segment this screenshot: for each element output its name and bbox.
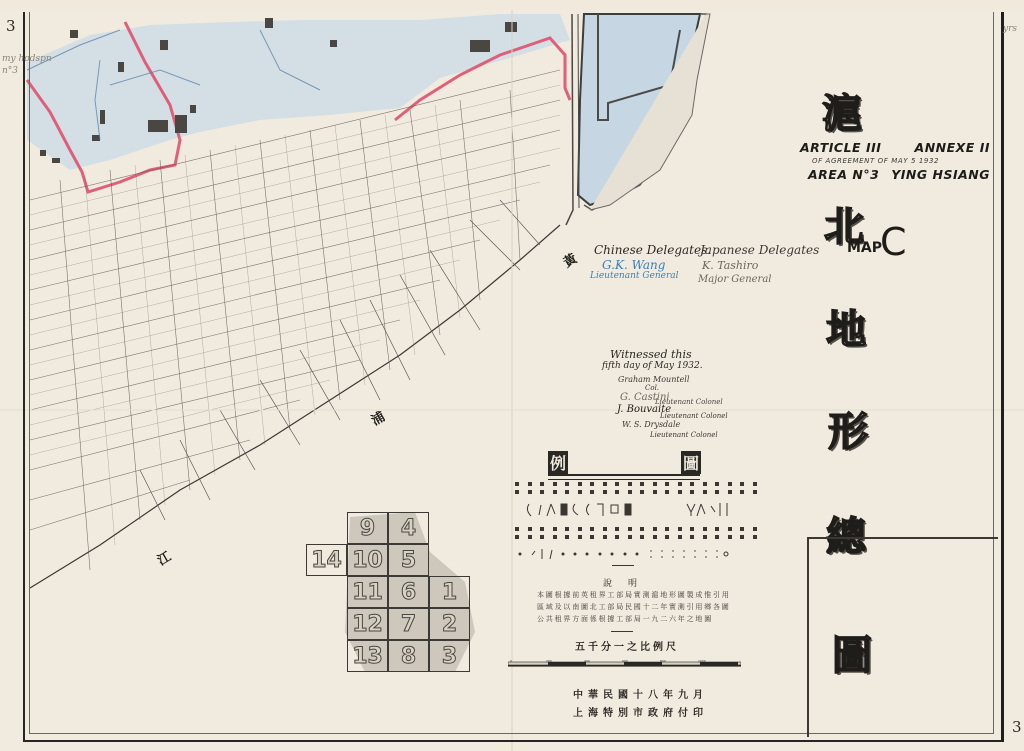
pencil-margin-note-1: my hodspn bbox=[2, 54, 52, 64]
legend-symbols-row-1 bbox=[515, 500, 730, 518]
index-sheet-4[interactable]: 4 bbox=[388, 512, 429, 544]
index-sheet-7[interactable]: 7 bbox=[388, 608, 429, 640]
index-sheet-5[interactable]: 5 bbox=[388, 544, 429, 576]
index-sheet-10[interactable]: 10 bbox=[347, 544, 388, 576]
index-sheet-11[interactable]: 11 bbox=[347, 576, 388, 608]
scale-tick-1000: 1000 bbox=[698, 660, 706, 663]
legend-divider bbox=[612, 565, 634, 566]
scale-tick-0: 0 bbox=[510, 660, 512, 663]
legend-symbols-row-2 bbox=[515, 545, 730, 563]
sheet-number-bottom-right: 3 bbox=[1012, 718, 1022, 736]
index-sheet-2[interactable]: 2 bbox=[429, 608, 470, 640]
district-label: YING HSIANG bbox=[891, 167, 990, 182]
title-block: ARTICLE III ANNEXE II OF AGREEMENT OF MA… bbox=[800, 140, 990, 182]
japanese-delegate-rank: Major General bbox=[698, 274, 772, 285]
japanese-delegate-heading: Japanese Delegates bbox=[700, 243, 819, 257]
title-char-hu: 滬 bbox=[822, 82, 862, 139]
legend-row-labels-2 bbox=[515, 527, 757, 531]
index-sheet-12[interactable]: 12 bbox=[347, 608, 388, 640]
index-sheet-3[interactable]: 3 bbox=[429, 640, 470, 672]
title-char-xing: 形 bbox=[828, 400, 868, 457]
map-letter: C bbox=[880, 220, 907, 264]
index-sheet-1[interactable]: 1 bbox=[429, 576, 470, 608]
chinese-delegate-name: G.K. Wang bbox=[602, 258, 665, 272]
legend-row-labels-2b bbox=[515, 535, 757, 539]
scale-tick-600: 600 bbox=[622, 660, 628, 663]
chinese-delegate-heading: Chinese Delegates. bbox=[594, 243, 711, 257]
scale-tick-400: 400 bbox=[584, 660, 590, 663]
witness-3-rank: Lieutenant Colonel bbox=[660, 412, 728, 420]
map-label: MAP bbox=[847, 240, 882, 256]
annexe-label: ANNEXE II bbox=[915, 140, 990, 155]
legend-row-labels-1b bbox=[515, 490, 757, 494]
japanese-delegate-name: K. Tashiro bbox=[702, 259, 758, 272]
witness-date: fifth day of May 1932. bbox=[602, 361, 703, 371]
chinese-delegate-rank: Lieutenant General bbox=[590, 271, 679, 281]
scale-tick-200: 200 bbox=[546, 660, 552, 663]
pencil-note-top-right: yrs bbox=[1003, 24, 1017, 34]
witness-4-name: W. S. Drysdale bbox=[622, 420, 680, 429]
legend-row-labels-1 bbox=[515, 482, 757, 486]
witness-1-name: Graham Mountell bbox=[618, 375, 689, 384]
notes-divider bbox=[611, 631, 633, 632]
index-sheet-13[interactable]: 13 bbox=[347, 640, 388, 672]
notes-heading: 說明 bbox=[603, 576, 653, 589]
index-sheet-14[interactable]: 14 bbox=[306, 544, 347, 576]
legend-title-left: 例 bbox=[548, 451, 568, 474]
pencil-margin-note-2: n°3 bbox=[2, 66, 18, 76]
index-sheet-8[interactable]: 8 bbox=[388, 640, 429, 672]
publisher: 上海特別市政府付印 bbox=[573, 704, 708, 719]
witness-heading: Witnessed this bbox=[610, 348, 692, 361]
notes-line-1: 本圖根據前英租界工部局實測滬地形圖製成惟引用 bbox=[537, 590, 731, 600]
notes-line-2: 區域及以南圖北工部局民國十二年實測引用鄉各圖 bbox=[537, 602, 731, 612]
sheet-number-top-left: 3 bbox=[6, 17, 16, 35]
publication-date: 中華民國十八年九月 bbox=[573, 686, 708, 701]
agreement-date: OF AGREEMENT OF MAY 5 1932 bbox=[812, 157, 990, 165]
notes-line-3: 公共租界方面係根據工部局一九二六年之地圖 bbox=[537, 614, 713, 624]
index-sheet-9[interactable]: 9 bbox=[347, 512, 388, 544]
title-corner-box bbox=[807, 537, 998, 737]
area-label: AREA N°3 bbox=[808, 167, 879, 182]
scale-bar: 0 200 400 600 800 1000 bbox=[508, 660, 741, 668]
scale-tick-800: 800 bbox=[660, 660, 666, 663]
legend-title-right: 圖 bbox=[681, 451, 701, 474]
scale-label: 五千分一之比例尺 bbox=[575, 638, 679, 653]
legend-rule bbox=[548, 474, 700, 480]
article-label: ARTICLE III bbox=[800, 140, 881, 155]
index-sheet-6[interactable]: 6 bbox=[388, 576, 429, 608]
witness-4-rank: Lieutenant Colonel bbox=[650, 431, 718, 439]
witness-1-rank: Col. bbox=[645, 384, 659, 392]
title-char-di: 地 bbox=[826, 298, 866, 355]
